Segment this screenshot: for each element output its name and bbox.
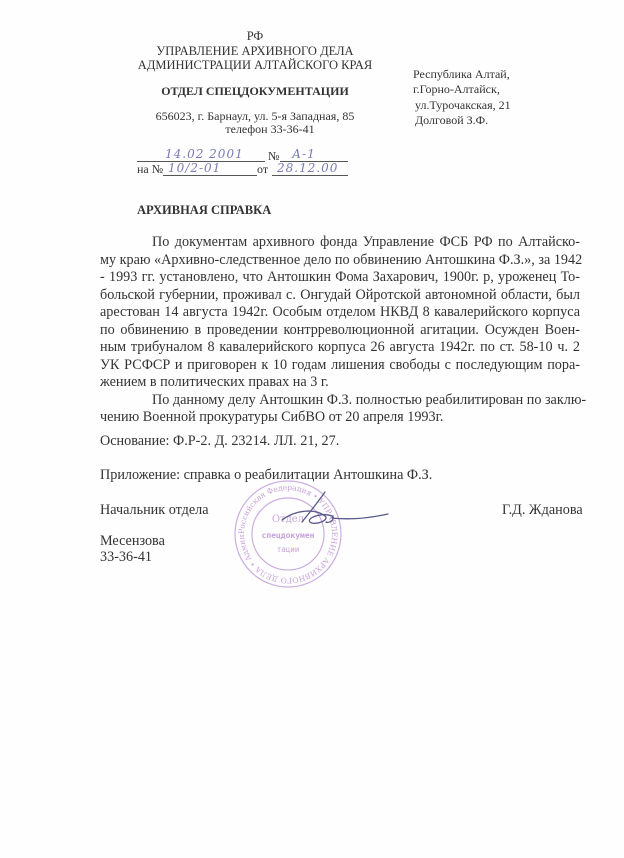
paragraph-1-line: му краю «Архивно-следственное дело по об… [100,252,580,270]
executor-phone: 33-36-41 [100,549,152,566]
number-handwritten: А-1 [292,147,316,161]
recipient-line-1: Республика Алтай, [413,67,510,83]
signature-position: Начальник отдела [100,502,209,519]
letterhead-org-line1: УПРАВЛЕНИЕ АРХИВНОГО ДЕЛА [130,44,380,59]
paragraph-1-line: - 1993 гг. установлено, что Антошкин Фом… [100,269,580,287]
paragraph-2-line: По данному делу Антошкин Ф.З. полностью … [100,392,580,410]
date-handwritten: 14.02 2001 [165,147,244,161]
paragraph-1-line: жением в политических правах на 3 г. [100,374,580,392]
paragraph-2-line: чению Военной прокуратуры СибВО от 20 ап… [100,409,580,427]
paragraph-1-line: больской губернии, проживал с. Онгудай О… [100,287,580,305]
signature-name: Г.Д. Жданова [502,502,583,519]
recipient-line-4: Долговой З.Ф. [415,113,488,129]
recipient-line-3: ул.Турочакская, 21 [415,98,511,114]
letterhead-country: РФ [130,29,380,44]
letterhead-department: ОТДЕЛ СПЕЦДОКУМЕНТАЦИИ [130,84,380,99]
document-title: АРХИВНАЯ СПРАВКА [137,203,271,218]
ref-number-field-line [163,175,257,176]
paragraph-1-line: УК РСФСР и приговорен к 10 годам лишения… [100,357,580,375]
paragraph-1-line: ным трибуналом 8 кавалерийского корпуса … [100,339,580,357]
paragraph-1: По документам архивного фонда Управление… [100,234,580,427]
ref-date-label: от [257,162,268,177]
ref-number-label: на № [137,162,163,177]
executor-name: Месензова [100,533,165,550]
paragraph-1-line: арестован 14 августа 1942г. Особым отдел… [100,304,580,322]
ref-date-field-line [272,175,348,176]
ref-number-handwritten: 10/2-01 [168,161,221,175]
basis-line: Основание: Ф.Р-2. Д. 23214. ЛЛ. 21, 27. [100,433,339,450]
stamp-inner-line3: тации [277,545,300,554]
paragraph-1-line: по обвинению в проведении контрреволюцио… [100,322,580,340]
letterhead-org-line2: АДМИНИСТРАЦИИ АЛТАЙСКОГО КРАЯ [130,58,380,73]
letterhead-phone: телефон 33-36-41 [170,122,370,137]
recipient-line-2: г.Горно-Алтайск, [413,82,500,98]
handwritten-signature-icon [270,490,390,540]
paragraph-1-line: По документам архивного фонда Управление… [100,234,580,252]
ref-date-handwritten: 28.12.00 [277,161,338,175]
